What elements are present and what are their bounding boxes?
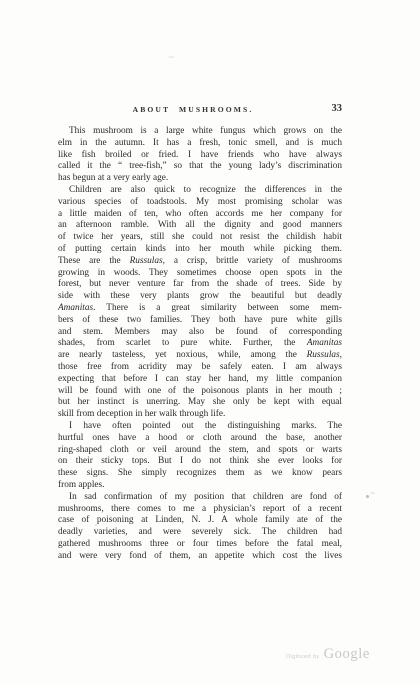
text-line: of putting certain kinds into her mouth … (58, 244, 342, 256)
text-line: from apples. (58, 480, 342, 492)
text-line: These are the Russulas, a crisp, brittle… (58, 256, 342, 268)
text-line: mushrooms, there comes to me a physician… (58, 504, 342, 516)
text-line: case of poisoning at Linden, N. J. A who… (58, 515, 342, 527)
text-line: an afternoon ramble. With all the dignit… (58, 220, 342, 232)
google-logo: Google (324, 646, 370, 663)
text-line: and were very fond of them, an appetite … (58, 551, 342, 563)
page-body: This mushroom is a large white fungus wh… (58, 126, 342, 562)
text-line: ring-shaped cloth or veil around the ste… (58, 445, 342, 457)
text-line: side with these very plants grow the bea… (58, 291, 342, 303)
text-line: Amanitas. There is a great similarity be… (58, 303, 342, 315)
scan-speck (168, 56, 175, 58)
text-line: these signs. She simply recognizes them … (58, 468, 342, 480)
text-line: expecting that before I can stay her han… (58, 374, 342, 386)
running-title: ABOUT MUSHROOMS. (58, 105, 328, 114)
watermark: Digitized by Google (286, 646, 370, 663)
text-line: like fish broiled or fried. I have frien… (58, 150, 342, 162)
page-number: 33 (332, 103, 343, 114)
book-page-scan: ABOUT MUSHROOMS. 33 This mushroom is a l… (0, 0, 420, 683)
text-line: those free from acridity may be safely e… (58, 362, 342, 374)
text-line: of twice her years, still she could not … (58, 232, 342, 244)
scan-speck (366, 495, 369, 498)
running-header: ABOUT MUSHROOMS. 33 (58, 103, 342, 119)
text-line: a little maiden of ten, who often accord… (58, 209, 342, 221)
text-line: elm in the autumn. It has a fresh, tonic… (58, 138, 342, 150)
text-line: I have often pointed out the distinguish… (58, 421, 342, 433)
text-line: but her instinct is unerring. May she on… (58, 397, 342, 409)
text-line: shades, from scarlet to pure white. Furt… (58, 338, 342, 350)
scan-speck (95, 524, 97, 526)
text-line: has begun at a very early age. (58, 173, 342, 185)
text-line: hurtful ones have a hood or cloth around… (58, 433, 342, 445)
scan-speck (299, 547, 301, 549)
text-line: forest, but never venture far from the s… (58, 279, 342, 291)
text-line: bers of these two families. They both ha… (58, 315, 342, 327)
watermark-prefix: Digitized by (286, 654, 320, 660)
text-line: and stem. Members may also be found of c… (58, 327, 342, 339)
text-line: will be found with one of the poisonous … (58, 386, 342, 398)
text-line: growing in woods. They sometimes choose … (58, 268, 342, 280)
text-line: Children are also quick to recognize the… (58, 185, 342, 197)
text-line: are nearly tasteless, yet noxious, while… (58, 350, 342, 362)
text-line: various species of toadstools. My most p… (58, 197, 342, 209)
text-line: skill from deception in her walk through… (58, 409, 342, 421)
text-line: called it the “ tree-fish,” so that the … (58, 161, 342, 173)
text-line: deadly varieties, and were severely sick… (58, 527, 342, 539)
text-line: In sad confirmation of my position that … (58, 492, 342, 504)
text-line: This mushroom is a large white fungus wh… (58, 126, 342, 138)
scan-speck (370, 492, 375, 494)
text-line: on their sticky tops. But I do not think… (58, 456, 342, 468)
